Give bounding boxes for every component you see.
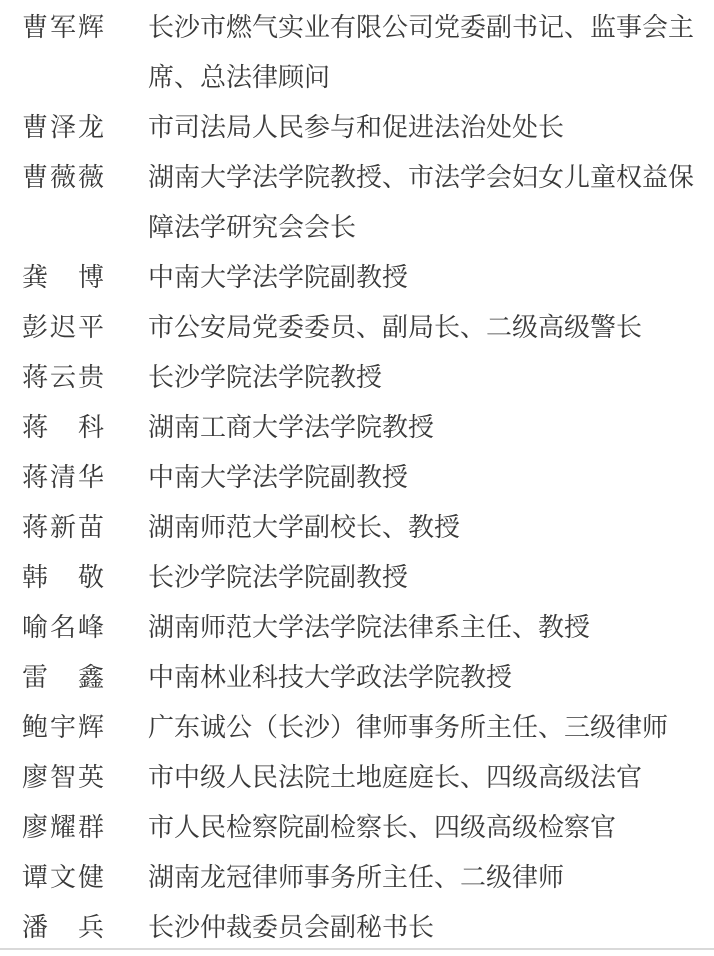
person-title: 长沙市燃气实业有限公司党委副书记、监事会主席、总法律顾问 — [148, 3, 700, 103]
list-item: 蒋新苗 湖南师范大学副校长、教授 — [0, 503, 714, 553]
person-name: 蒋新苗 — [22, 503, 104, 553]
person-title: 中南林业科技大学政法学院教授 — [148, 653, 700, 703]
person-name: 蒋科 — [22, 403, 104, 453]
person-name: 韩敬 — [22, 553, 104, 603]
list-item: 廖耀群 市人民检察院副检察长、四级高级检察官 — [0, 803, 714, 853]
person-name: 蒋云贵 — [22, 353, 104, 403]
list-item: 曹泽龙 市司法局人民参与和促进法治处处长 — [0, 103, 714, 153]
person-title: 长沙仲裁委员会副秘书长 — [148, 903, 700, 953]
person-title: 湖南师范大学法学院法律系主任、教授 — [148, 603, 700, 653]
person-title: 湖南师范大学副校长、教授 — [148, 503, 700, 553]
person-name: 廖智英 — [22, 753, 104, 803]
person-title: 市公安局党委委员、副局长、二级高级警长 — [148, 303, 700, 353]
person-name: 潘兵 — [22, 903, 104, 953]
person-name: 蒋清华 — [22, 453, 104, 503]
person-name: 鲍宇辉 — [22, 703, 104, 753]
person-name: 曹泽龙 — [22, 103, 104, 153]
list-item: 蒋云贵 长沙学院法学院教授 — [0, 353, 714, 403]
person-name: 龚博 — [22, 253, 104, 303]
person-title: 市人民检察院副检察长、四级高级检察官 — [148, 803, 700, 853]
list-item: 韩敬 长沙学院法学院副教授 — [0, 553, 714, 603]
document-page: 曹军辉 长沙市燃气实业有限公司党委副书记、监事会主席、总法律顾问 曹泽龙 市司法… — [0, 0, 714, 956]
list-item: 谭文健 湖南龙冠律师事务所主任、二级律师 — [0, 853, 714, 903]
list-item: 龚博 中南大学法学院副教授 — [0, 253, 714, 303]
list-item: 彭迟平 市公安局党委委员、副局长、二级高级警长 — [0, 303, 714, 353]
list-item: 蒋科 湖南工商大学法学院教授 — [0, 403, 714, 453]
list-item: 曹军辉 长沙市燃气实业有限公司党委副书记、监事会主席、总法律顾问 — [0, 3, 714, 103]
person-title: 中南大学法学院副教授 — [148, 253, 700, 303]
list-item: 鲍宇辉 广东诚公（长沙）律师事务所主任、三级律师 — [0, 703, 714, 753]
person-title: 广东诚公（长沙）律师事务所主任、三级律师 — [148, 703, 700, 753]
bottom-divider — [0, 948, 714, 950]
list-item: 潘兵 长沙仲裁委员会副秘书长 — [0, 903, 714, 953]
person-title: 市司法局人民参与和促进法治处处长 — [148, 103, 700, 153]
person-title: 市中级人民法院土地庭庭长、四级高级法官 — [148, 753, 700, 803]
person-name: 彭迟平 — [22, 303, 104, 353]
person-name: 曹军辉 — [22, 3, 104, 53]
person-name: 廖耀群 — [22, 803, 104, 853]
person-title: 长沙学院法学院副教授 — [148, 553, 700, 603]
person-name: 喻名峰 — [22, 603, 104, 653]
list-item: 曹薇薇 湖南大学法学院教授、市法学会妇女儿童权益保障法学研究会会长 — [0, 153, 714, 253]
list-item: 蒋清华 中南大学法学院副教授 — [0, 453, 714, 503]
list-item: 雷鑫 中南林业科技大学政法学院教授 — [0, 653, 714, 703]
entries-list: 曹军辉 长沙市燃气实业有限公司党委副书记、监事会主席、总法律顾问 曹泽龙 市司法… — [0, 0, 714, 953]
person-title: 湖南工商大学法学院教授 — [148, 403, 700, 453]
list-item: 廖智英 市中级人民法院土地庭庭长、四级高级法官 — [0, 753, 714, 803]
person-title: 湖南大学法学院教授、市法学会妇女儿童权益保障法学研究会会长 — [148, 153, 700, 253]
person-name: 曹薇薇 — [22, 153, 104, 203]
person-name: 雷鑫 — [22, 653, 104, 703]
person-title: 湖南龙冠律师事务所主任、二级律师 — [148, 853, 700, 903]
list-item: 喻名峰 湖南师范大学法学院法律系主任、教授 — [0, 603, 714, 653]
person-title: 中南大学法学院副教授 — [148, 453, 700, 503]
person-title: 长沙学院法学院教授 — [148, 353, 700, 403]
person-name: 谭文健 — [22, 853, 104, 903]
